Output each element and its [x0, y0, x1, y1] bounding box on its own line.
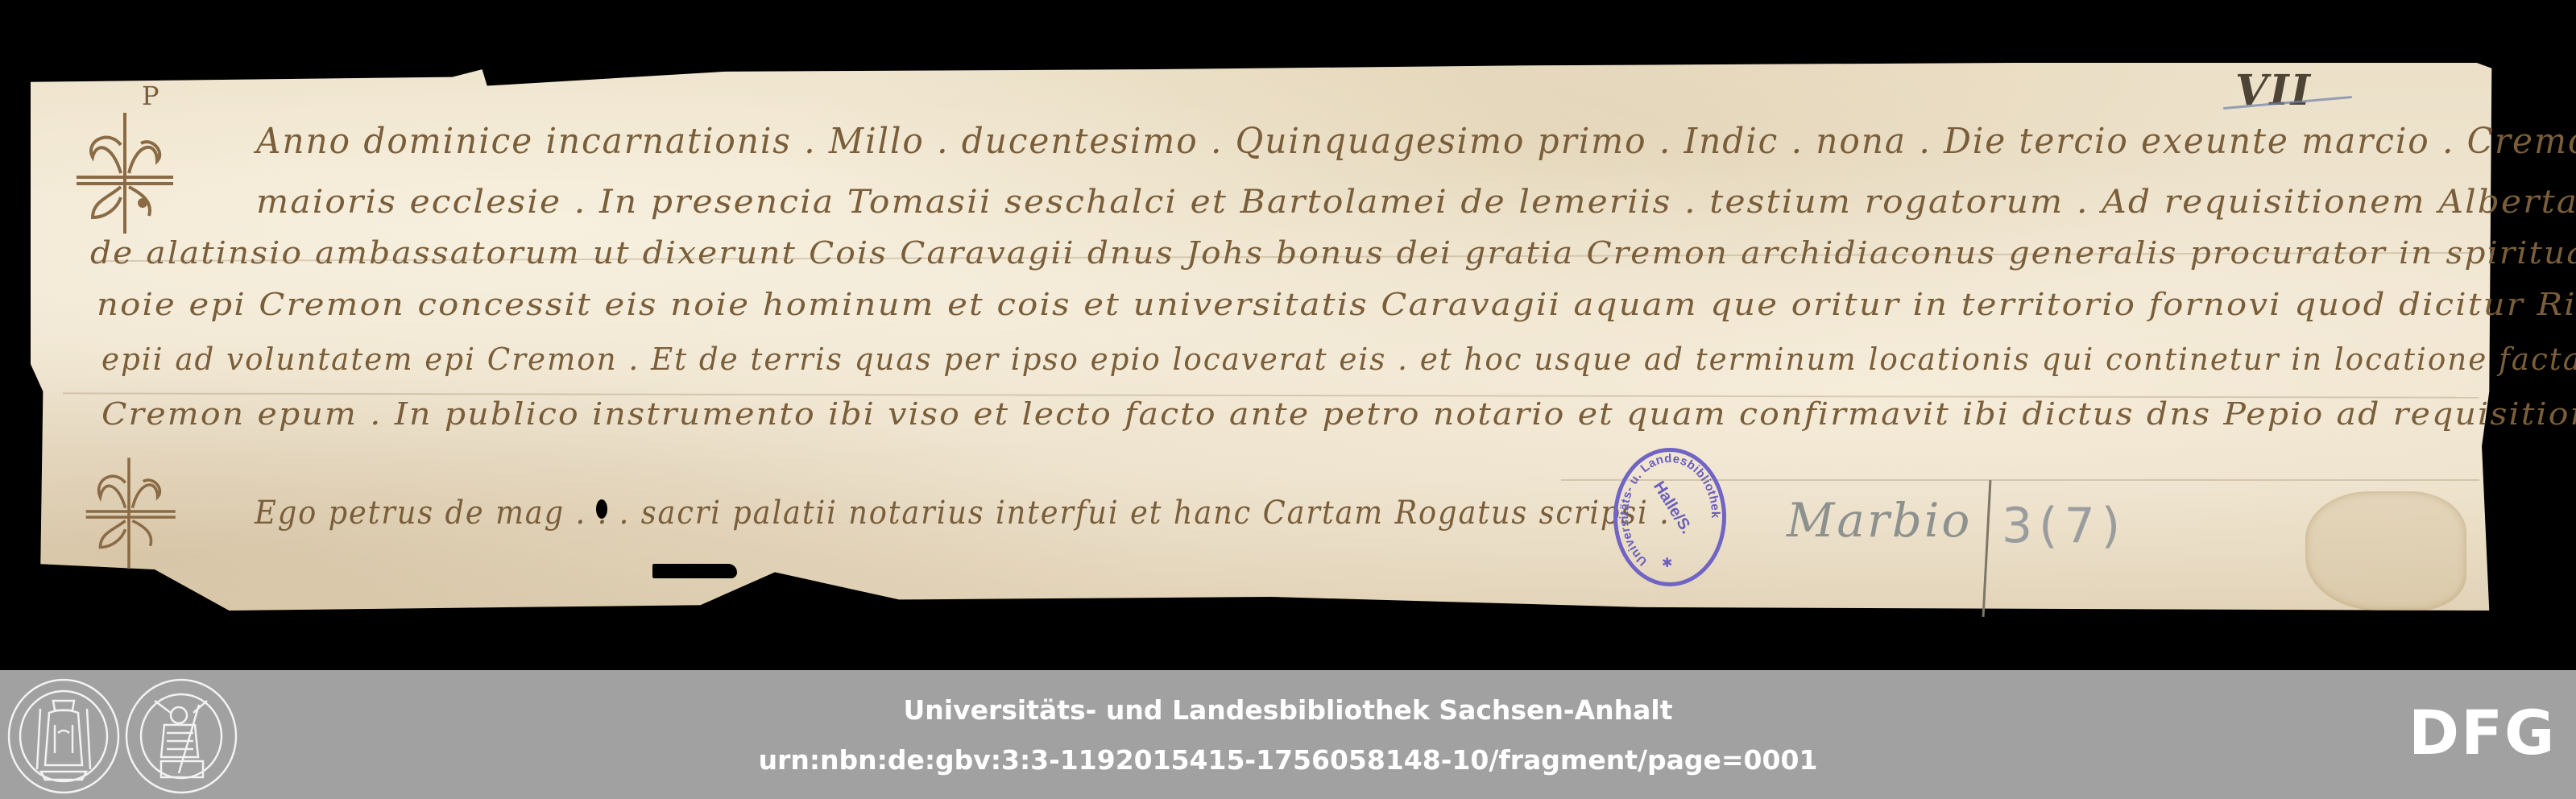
dfg-logo: DFG [2408, 702, 2556, 764]
parchment-hole [652, 564, 737, 578]
notary-subscription: Ego petrus de mag . . . sacri palatii no… [255, 495, 1671, 532]
institution-name: Universitäts- und Landesbibliothek Sachs… [0, 694, 2576, 726]
institution-name-text: Universitäts- und Landesbibliothek Sachs… [903, 694, 1672, 726]
charter-line-5: epii ad voluntatem epi Cremon . Et de te… [101, 342, 2576, 377]
archive-number: VII [2235, 66, 2312, 115]
urn-text[interactable]: urn:nbn:de:gbv:3:3-1192015415-1756058148… [759, 744, 1818, 776]
urn-identifier[interactable]: urn:nbn:de:gbv:3:3-1192015415-1756058148… [0, 744, 2576, 776]
signum-superscript: P [142, 81, 161, 111]
star-icon: ✱ [1662, 555, 1672, 570]
parchment-hole [596, 499, 607, 519]
charter-line-2: maioris ecclesie . In presencia Tomasii … [256, 184, 2576, 221]
charter-line-3: de alatinsio ambassatorum ut dixerunt Co… [90, 235, 2576, 271]
library-stamp: Universitäts- u. Landesbibliothek ✱ Hall… [1613, 448, 1726, 586]
water-stain [2305, 491, 2466, 611]
charter-line-6: Cremon epum . In publico instrumento ibi… [101, 396, 2576, 432]
notarial-signum-icon [64, 97, 185, 242]
charter-line-4: noie epi Cremon concessit eis noie homin… [97, 287, 2576, 322]
pencil-note: Marbio [1787, 493, 1972, 548]
footer-bar: Universitäts- und Landesbibliothek Sachs… [0, 670, 2576, 799]
charter-line-1: Anno dominice incarnationis . Millo . du… [256, 121, 2576, 162]
shelfmark: 3(7) [2002, 498, 2127, 554]
notarial-signum-icon [68, 447, 189, 576]
document-viewer: P Anno dominice incarnationis . Millo . … [0, 0, 2576, 670]
